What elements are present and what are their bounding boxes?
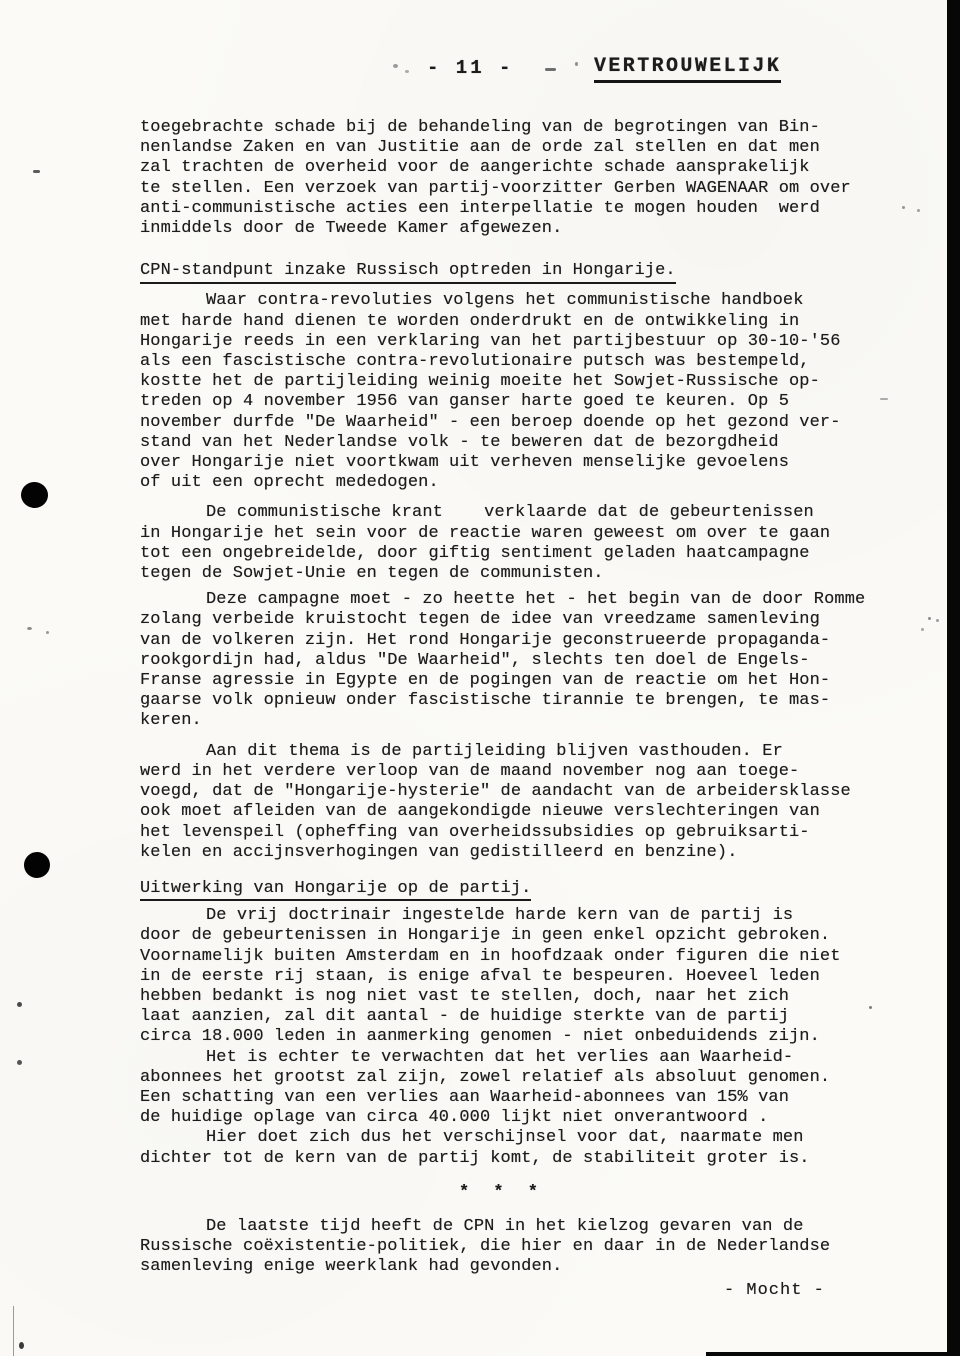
document-body: toegebrachte schade bij de behandeling v… bbox=[140, 118, 864, 1278]
text-line: met harde hand dienen te worden onderdru… bbox=[140, 312, 864, 332]
text-line: zal trachten de overheid voor de aangeri… bbox=[140, 158, 864, 178]
text-line: ook moet afleiden van de aangekondigde n… bbox=[140, 802, 864, 822]
classification-stamp: VERTROUWELIJK bbox=[594, 55, 781, 83]
text-line: nenlandse Zaken en van Justitie aan de o… bbox=[140, 138, 864, 158]
scan-artifact bbox=[545, 68, 556, 71]
scan-artifact bbox=[575, 62, 578, 66]
text-line: te stellen. Een verzoek van partij-voorz… bbox=[140, 179, 864, 199]
scan-edge-bottom bbox=[706, 1352, 960, 1356]
paragraph: De vrij doctrinair ingestelde harde kern… bbox=[140, 906, 864, 1047]
section-heading: CPN-standpunt inzake Russisch optreden i… bbox=[140, 261, 864, 281]
text-line: kostte het de partijleiding weinig moeit… bbox=[140, 372, 864, 392]
scan-artifact bbox=[13, 1306, 14, 1356]
text-line: het levenspeil (opheffing van overheidss… bbox=[140, 823, 864, 843]
text-line: Russische coëxistentie-politiek, die hie… bbox=[140, 1237, 864, 1257]
footer-catchword: - Mocht - bbox=[724, 1281, 825, 1300]
text-line: of uit een oprecht mededogen. bbox=[140, 473, 864, 493]
paragraph: Hier doet zich dus het verschijnsel voor… bbox=[140, 1128, 864, 1168]
section-heading: Uitwerking van Hongarije op de partij. bbox=[140, 879, 864, 899]
text-line: in Hongarije het sein voor de reactie wa… bbox=[140, 524, 864, 544]
scan-artifact bbox=[869, 1006, 872, 1009]
scan-artifact bbox=[902, 206, 905, 209]
scan-artifact bbox=[917, 209, 920, 212]
text-line: samenleving enige weerklank had gevonden… bbox=[140, 1257, 864, 1277]
text-line: Aan dit thema is de partijleiding blijve… bbox=[140, 742, 864, 762]
scanned-document-page: - 11 - VERTROUWELIJK toegebrachte schade… bbox=[0, 0, 960, 1356]
text-line: tegen de Sowjet-Unie en tegen de communi… bbox=[140, 564, 864, 584]
scan-artifact bbox=[27, 627, 32, 630]
text-line: keren. bbox=[140, 711, 864, 731]
paragraph: Aan dit thema is de partijleiding blijve… bbox=[140, 742, 864, 863]
text-line: door de gebeurtenissen in Hongarije in g… bbox=[140, 926, 864, 946]
text-line: dichter tot de kern van de partij komt, … bbox=[140, 1149, 864, 1169]
paragraph: De communistische krant verklaarde dat d… bbox=[140, 503, 864, 584]
text-line: als een fascistische contra-revolutionai… bbox=[140, 352, 864, 372]
paragraph: toegebrachte schade bij de behandeling v… bbox=[140, 118, 864, 239]
scan-artifact bbox=[19, 1342, 24, 1349]
text-line: laat aanzien, zal dit aantal - de huidig… bbox=[140, 1007, 864, 1027]
separator-stars: * * * bbox=[140, 1183, 864, 1203]
scan-artifact bbox=[921, 628, 924, 631]
text-line: over Hongarije niet voortkwam uit verhev… bbox=[140, 453, 864, 473]
paragraph: Het is echter te verwachten dat het verl… bbox=[140, 1048, 864, 1129]
text-line: de huidige oplage van circa 40.000 lijkt… bbox=[140, 1108, 864, 1128]
text-line: De laatste tijd heeft de CPN in het kiel… bbox=[140, 1217, 864, 1237]
text-line: zolang verbeide kruistocht tegen de idee… bbox=[140, 610, 864, 630]
scan-artifact bbox=[936, 619, 939, 622]
scan-edge-right bbox=[947, 0, 960, 1356]
paragraph: Waar contra-revoluties volgens het commu… bbox=[140, 291, 864, 493]
text-line: inmiddels door de Tweede Kamer afgewezen… bbox=[140, 219, 864, 239]
text-line: rookgordijn had, aldus "De Waarheid", sl… bbox=[140, 651, 864, 671]
text-line: gaarse volk opnieuw onder fascistische t… bbox=[140, 691, 864, 711]
text-line: toegebrachte schade bij de behandeling v… bbox=[140, 118, 864, 138]
scan-artifact bbox=[393, 64, 398, 68]
text-line: tot een ongebreidelde, door giftig senti… bbox=[140, 544, 864, 564]
scan-artifact bbox=[405, 70, 409, 73]
text-line: circa 18.000 leden in aanmerking genomen… bbox=[140, 1027, 864, 1047]
text-line: Waar contra-revoluties volgens het commu… bbox=[140, 291, 864, 311]
text-line: Een schatting van een verlies aan Waarhe… bbox=[140, 1088, 864, 1108]
text-line: in de eerste rij staan, is enige afval t… bbox=[140, 967, 864, 987]
text-line: kelen en accijnsverhogingen van gedistil… bbox=[140, 843, 864, 863]
text-line: abonnees het grootst zal zijn, zowel rel… bbox=[140, 1068, 864, 1088]
text-line: stand van het Nederlandse volk - te bewe… bbox=[140, 433, 864, 453]
text-line: treden op 4 november 1956 van ganser har… bbox=[140, 392, 864, 412]
text-line: Franse agressie in Egypte en de pogingen… bbox=[140, 671, 864, 691]
scan-artifact bbox=[46, 631, 49, 634]
text-line: Hier doet zich dus het verschijnsel voor… bbox=[140, 1128, 864, 1148]
text-line: van de volkeren zijn. Het rond Hongarije… bbox=[140, 631, 864, 651]
scan-artifact bbox=[17, 1060, 22, 1065]
scan-artifact bbox=[928, 617, 931, 620]
section-heading-text: CPN-standpunt inzake Russisch optreden i… bbox=[140, 261, 676, 284]
scan-artifact bbox=[17, 1002, 22, 1007]
text-line: De communistische krant verklaarde dat d… bbox=[140, 503, 864, 523]
text-line: Hongarije reeds in een verklaring van he… bbox=[140, 332, 864, 352]
text-line: werd in het verdere verloop van de maand… bbox=[140, 762, 864, 782]
scan-artifact bbox=[880, 398, 888, 400]
section-heading-text: Uitwerking van Hongarije op de partij. bbox=[140, 879, 531, 902]
scan-artifact bbox=[33, 170, 40, 173]
paragraph: Deze campagne moet - zo heette het - het… bbox=[140, 590, 864, 731]
text-line: Deze campagne moet - zo heette het - het… bbox=[140, 590, 864, 610]
hole-punch-bottom bbox=[23, 851, 52, 880]
text-line: anti-communistische acties een interpell… bbox=[140, 199, 864, 219]
text-line: Het is echter te verwachten dat het verl… bbox=[140, 1048, 864, 1068]
text-line: november durfde "De Waarheid" - een bero… bbox=[140, 413, 864, 433]
text-line: hebben bedankt is nog niet vast te stell… bbox=[140, 987, 864, 1007]
text-line: Voornamelijk buiten Amsterdam en in hoof… bbox=[140, 947, 864, 967]
page-number: - 11 - bbox=[427, 57, 513, 79]
paragraph: De laatste tijd heeft de CPN in het kiel… bbox=[140, 1217, 864, 1278]
text-line: De vrij doctrinair ingestelde harde kern… bbox=[140, 906, 864, 926]
hole-punch-top bbox=[19, 480, 49, 510]
text-line: voegd, dat de "Hongarije-hysterie" de aa… bbox=[140, 782, 864, 802]
